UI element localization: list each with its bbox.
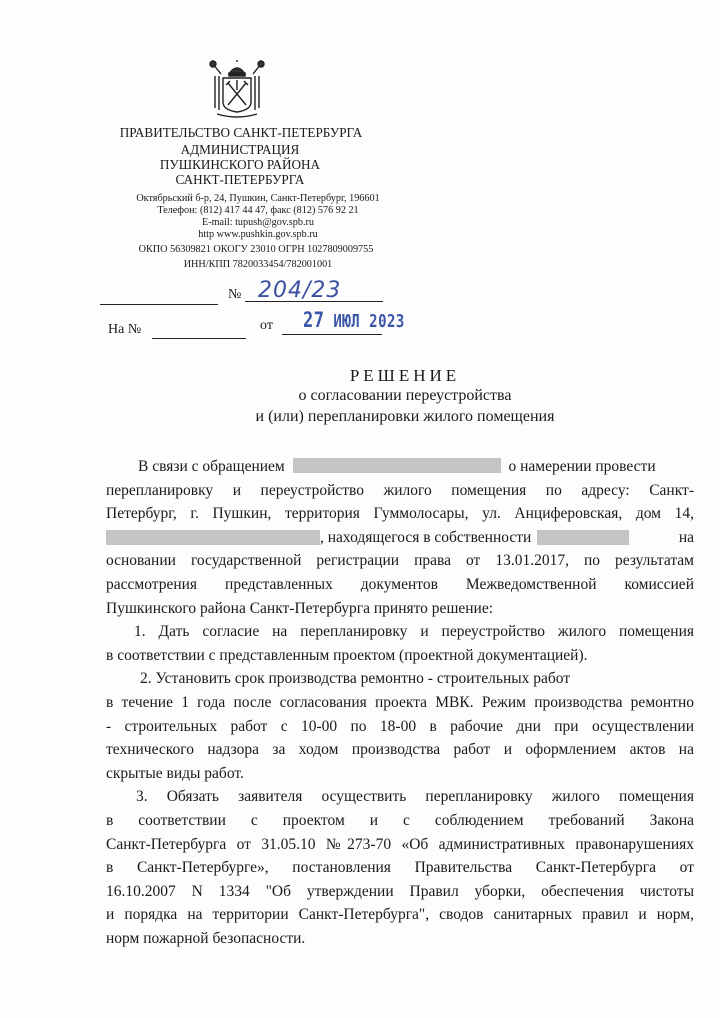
date-from-label: от (260, 318, 273, 334)
body-line-20: и порядка на территории Санкт-Петербурга… (106, 903, 694, 927)
date-stamp: 27 ИЮЛ 2023 (303, 308, 405, 333)
letterhead-inn: ИНН/КПП 7820033454/782001001 (118, 259, 398, 271)
number-sign-label: № (228, 287, 241, 303)
date-line (282, 334, 382, 335)
body-line-14: скрытые виды работ. (106, 762, 694, 786)
body-line-17: Санкт-Петербурга от 31.05.10 №273-70 «Об… (106, 833, 694, 857)
body-line-3: Петербург, г. Пушкин, территория Гуммоло… (106, 502, 694, 526)
redacted-apartment (106, 530, 320, 545)
letterhead-city: САНКТ-ПЕТЕРБУРГА (100, 172, 380, 187)
document-subtitle-2: и (или) перепланировки жилого помещения (240, 408, 570, 426)
letterhead-government: ПРАВИТЕЛЬСТВО САНКТ-ПЕТЕРБУРГА (96, 125, 386, 140)
body-line-2: перепланировку и переустройство жилого п… (106, 479, 694, 503)
body-line-7: Пушкинского района Санкт-Петербурга прин… (106, 597, 694, 621)
document-page: ПРАВИТЕЛЬСТВО САНКТ-ПЕТЕРБУРГА АДМИНИСТР… (0, 0, 720, 1018)
body-line-12: - строительных работ с 10-00 по 18-00 в … (106, 715, 694, 739)
redacted-owner (537, 530, 629, 545)
body-line-21: норм пожарной безопасности. (106, 927, 694, 951)
letterhead-codes: ОКПО 56309821 ОКОГУ 23010 ОГРН 102780900… (106, 244, 406, 256)
body-item-2: 2. Установить срок производства ремонтно… (140, 667, 720, 691)
body-line-13: технического надзора за ходом производст… (106, 738, 694, 762)
letterhead-website: http www.pushkin.gov.spb.ru (118, 229, 398, 241)
saint-petersburg-coat-of-arms-icon (207, 60, 267, 122)
date-stamp-day: 27 (303, 308, 324, 333)
letterhead-administration: АДМИНИСТРАЦИЯ (100, 142, 380, 157)
body-line-1: В связи с обращением о намерении провест… (138, 455, 694, 479)
letterhead-email: E-mail: tupush@gov.spb.ru (118, 217, 398, 229)
body-line-19: 16.10.2007 N 1334 "Об утверждении Правил… (106, 880, 694, 904)
outgoing-blank-line (100, 304, 218, 305)
letterhead-district: ПУШКИНСКОГО РАЙОНА (100, 157, 380, 172)
body-line-18: в Санкт-Петербурге», постановления Прави… (106, 856, 694, 880)
body-line-9: в соответствии с представленным проектом… (106, 644, 694, 668)
letterhead-address: Октябрьский б-р, 24, Пушкин, Санкт-Петер… (118, 193, 398, 205)
date-stamp-month-year: ИЮЛ 2023 (333, 312, 404, 332)
document-number-handwritten: 204/23 (258, 278, 341, 303)
body-line-16: в соответствии с проектом и с соблюдение… (106, 809, 694, 833)
reply-number-line (152, 338, 246, 339)
body-line-4: , находящегося в собственности на (106, 526, 694, 550)
reply-to-number-label: На № (108, 322, 141, 338)
document-subtitle-1: о согласовании переустройства (240, 387, 570, 405)
document-title: РЕШЕНИЕ (240, 366, 570, 386)
letterhead-phone: Телефон: (812) 417 44 47, факс (812) 576… (118, 205, 398, 217)
redacted-applicant (293, 458, 501, 473)
body-line-5: основании государственной регистрации пр… (106, 549, 694, 573)
body-item-3: 3. Обязать заявителя осуществить перепла… (136, 785, 694, 809)
body-item-1: 1. Дать согласие на перепланировку и пер… (134, 620, 694, 644)
body-line-6: рассмотрения представленных документов М… (106, 573, 694, 597)
body-line-11: в течение 1 года после согласования прое… (106, 691, 694, 715)
